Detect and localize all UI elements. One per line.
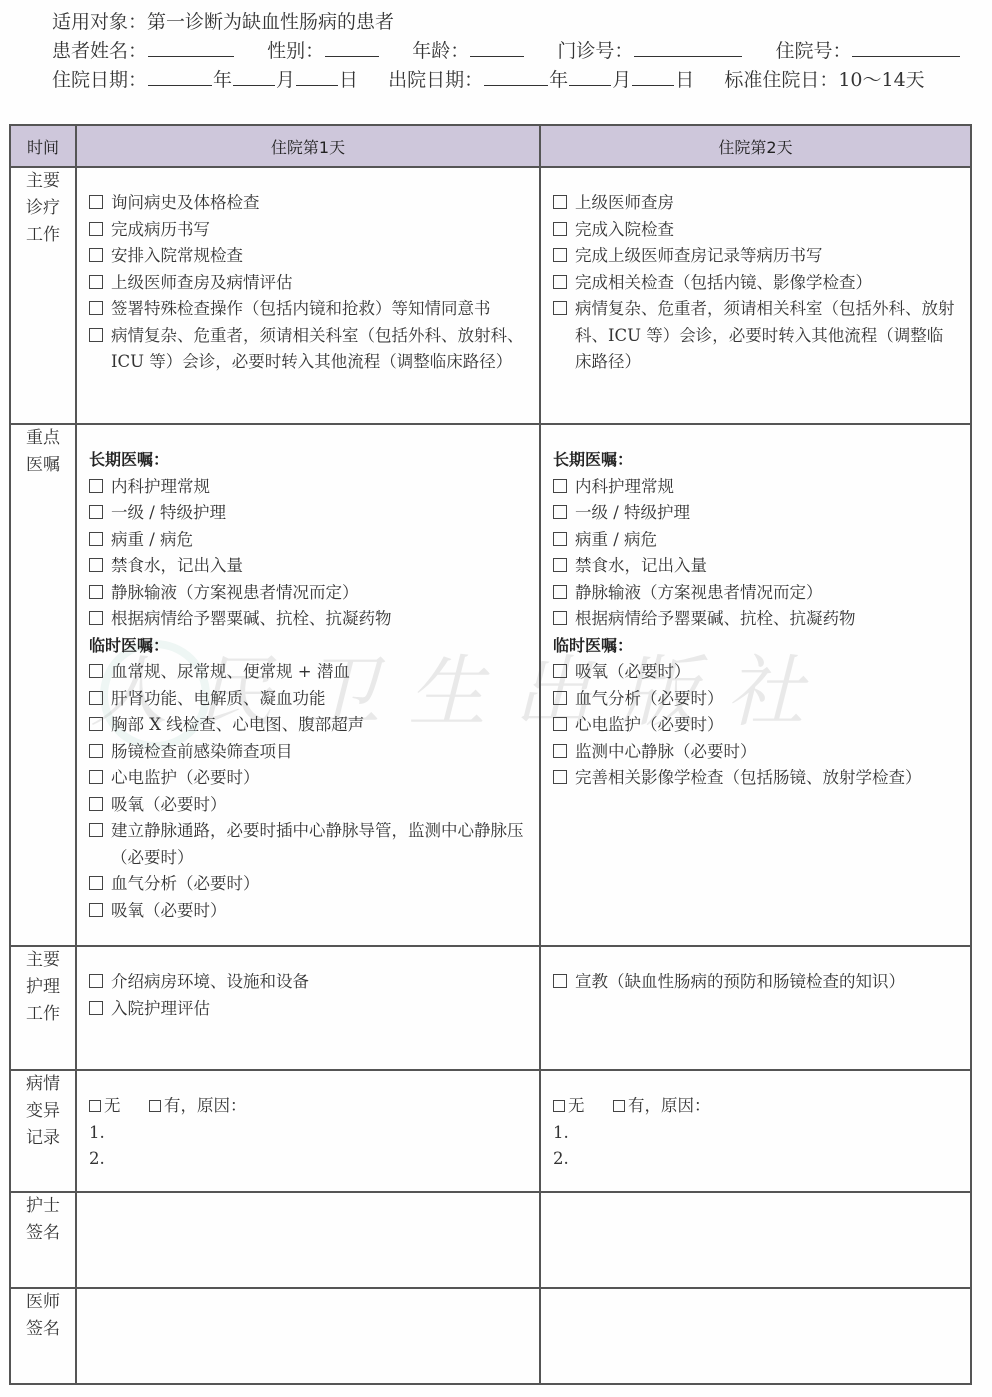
- checkbox-icon[interactable]: [89, 323, 111, 376]
- item-text: 胸部 X 线检查、心电图、腹部超声: [111, 712, 527, 739]
- gender-field[interactable]: [325, 37, 379, 57]
- checkbox-icon[interactable]: [89, 580, 111, 607]
- label-line: 诊疗: [11, 195, 75, 222]
- discharge-date-label: 出院日期：: [388, 69, 483, 91]
- checkbox-icon[interactable]: [89, 527, 111, 554]
- admit-month-field[interactable]: [233, 66, 275, 86]
- orders-day1: 长期医嘱： 内科护理常规 一级 / 特级护理 病重 / 病危 禁食水，记出入量 …: [76, 424, 540, 946]
- checkbox-icon[interactable]: [553, 217, 575, 244]
- header-time: 时间: [10, 125, 76, 167]
- checklist-item[interactable]: 完成病历书写: [89, 217, 527, 244]
- item-text: 肝肾功能、电解质、凝血功能: [111, 686, 527, 713]
- checklist-item[interactable]: 宣教（缺血性肠病的预防和肠镜检查的知识）: [553, 969, 958, 996]
- item-text: 病重 / 病危: [111, 527, 527, 554]
- form-header: 适用对象：第一诊断为缺血性肠病的患者 患者姓名： 性别： 年龄： 门诊号： 住院…: [52, 8, 961, 95]
- patient-info-line: 患者姓名： 性别： 年龄： 门诊号： 住院号：: [52, 37, 961, 66]
- nursing-day1: 介绍病房环境、设施和设备 入院护理评估: [76, 946, 540, 1070]
- row-variance: 病情 变异 记录 无 有，原因： 1. 2. 无 有，原因： 1. 2.: [10, 1070, 971, 1192]
- checkbox-icon[interactable]: [89, 606, 111, 633]
- checkbox-icon[interactable]: [553, 190, 575, 217]
- item-text: 完成相关检查（包括内镜、影像学检查）: [575, 270, 958, 297]
- checkbox-icon[interactable]: [89, 739, 111, 766]
- checkbox-icon[interactable]: [553, 765, 575, 792]
- admit-date-label: 住院日期：: [52, 69, 147, 91]
- checkbox-icon[interactable]: [553, 500, 575, 527]
- checklist-item[interactable]: 根据病情给予罂粟碱、抗栓、抗凝药物: [553, 606, 958, 633]
- checkbox-icon[interactable]: [89, 686, 111, 713]
- item-text: 宣教（缺血性肠病的预防和肠镜检查的知识）: [575, 969, 958, 996]
- row-label-doctor-sign: 医师 签名: [10, 1288, 76, 1384]
- checklist-item[interactable]: 血气分析（必要时）: [553, 686, 958, 713]
- nurse-sign-day2[interactable]: [540, 1192, 971, 1288]
- variance-options: 无 有，原因：: [553, 1093, 958, 1120]
- checklist-item[interactable]: 禁食水，记出入量: [89, 553, 527, 580]
- item-text: 完善相关影像学检查（包括肠镜、放射学检查）: [575, 765, 958, 792]
- checkbox-icon[interactable]: [553, 606, 575, 633]
- checklist-item[interactable]: 病重 / 病危: [89, 527, 527, 554]
- checklist-item[interactable]: 病情复杂、危重者，须请相关科室（包括外科、放射科、ICU 等）会诊，必要时转入其…: [553, 296, 958, 376]
- checklist-item[interactable]: 介绍病房环境、设施和设备: [89, 969, 527, 996]
- item-text: 安排入院常规检查: [111, 243, 527, 270]
- checklist-item[interactable]: 一级 / 特级护理: [89, 500, 527, 527]
- item-text: 根据病情给予罂粟碱、抗栓、抗凝药物: [575, 606, 958, 633]
- checkbox-none[interactable]: [89, 1100, 101, 1112]
- discharge-year-field[interactable]: [484, 66, 548, 86]
- option-none-label: 无: [568, 1096, 585, 1115]
- discharge-day-field[interactable]: [632, 66, 674, 86]
- item-text: 入院护理评估: [111, 996, 527, 1023]
- checklist-item[interactable]: 监测中心静脉（必要时）: [553, 739, 958, 766]
- header-day2: 住院第2天: [540, 125, 971, 167]
- nursing-day2: 宣教（缺血性肠病的预防和肠镜检查的知识）: [540, 946, 971, 1070]
- checklist-item[interactable]: 肝肾功能、电解质、凝血功能: [89, 686, 527, 713]
- applicable-label: 适用对象：: [52, 11, 147, 33]
- checkbox-icon[interactable]: [553, 686, 575, 713]
- checklist-item[interactable]: 胸部 X 线检查、心电图、腹部超声: [89, 712, 527, 739]
- checklist-item[interactable]: 肠镜检查前感染筛查项目: [89, 739, 527, 766]
- applicable-value: 第一诊断为缺血性肠病的患者: [147, 11, 394, 33]
- admit-year-field[interactable]: [148, 66, 212, 86]
- age-field[interactable]: [470, 37, 524, 57]
- option-has-label: 有，原因：: [628, 1096, 711, 1115]
- discharge-month-field[interactable]: [569, 66, 611, 86]
- variance-line-1[interactable]: 1.: [553, 1120, 958, 1147]
- checkbox-none[interactable]: [553, 1100, 565, 1112]
- checkbox-icon[interactable]: [553, 270, 575, 297]
- checkbox-icon[interactable]: [553, 553, 575, 580]
- checkbox-icon[interactable]: [89, 217, 111, 244]
- item-text: 病情复杂、危重者，须请相关科室（包括外科、放射科、ICU 等）会诊，必要时转入其…: [575, 296, 958, 376]
- checkbox-icon[interactable]: [553, 712, 575, 739]
- long-term-orders-heading: 长期医嘱：: [89, 447, 527, 474]
- main-work-day2: 上级医师查房 完成入院检查 完成上级医师查房记录等病历书写 完成相关检查（包括内…: [540, 167, 971, 424]
- patient-name-label: 患者姓名：: [52, 40, 147, 62]
- label-line: 护理: [11, 974, 75, 1001]
- checkbox-has[interactable]: [613, 1100, 625, 1112]
- outpatient-no-label: 门诊号：: [557, 40, 633, 62]
- checkbox-icon[interactable]: [553, 474, 575, 501]
- label-line: 医嘱: [11, 452, 75, 479]
- checkbox-has[interactable]: [149, 1100, 161, 1112]
- gender-label: 性别：: [267, 40, 324, 62]
- label-line: 工作: [11, 1001, 75, 1028]
- row-nursing: 主要 护理 工作 介绍病房环境、设施和设备 入院护理评估 宣教（缺血性肠病的预防…: [10, 946, 971, 1070]
- checklist-item[interactable]: 血气分析（必要时）: [89, 871, 527, 898]
- variance-day1: 无 有，原因： 1. 2.: [76, 1070, 540, 1192]
- checkbox-icon[interactable]: [89, 270, 111, 297]
- checkbox-icon[interactable]: [553, 527, 575, 554]
- orders-day2: 长期医嘱： 内科护理常规 一级 / 特级护理 病重 / 病危 禁食水，记出入量 …: [540, 424, 971, 946]
- item-text: 监测中心静脉（必要时）: [575, 739, 958, 766]
- checklist-item[interactable]: 安排入院常规检查: [89, 243, 527, 270]
- checklist-item[interactable]: 病重 / 病危: [553, 527, 958, 554]
- checkbox-icon[interactable]: [89, 500, 111, 527]
- patient-name-field[interactable]: [148, 37, 234, 57]
- row-label-nurse-sign: 护士 签名: [10, 1192, 76, 1288]
- variance-options: 无 有，原因：: [89, 1093, 527, 1120]
- inpatient-no-field[interactable]: [852, 37, 960, 57]
- checkbox-icon[interactable]: [89, 818, 111, 871]
- year-label: 年: [213, 69, 232, 91]
- checklist-item[interactable]: 一级 / 特级护理: [553, 500, 958, 527]
- temporary-orders-heading: 临时医嘱：: [89, 633, 527, 660]
- checklist-item[interactable]: 血常规、尿常规、便常规 + 潜血: [89, 659, 527, 686]
- label-line: 签名: [11, 1316, 75, 1343]
- age-label: 年龄：: [412, 40, 469, 62]
- standard-stay-label: 标准住院日：: [724, 69, 838, 91]
- row-orders: 重点 医嘱 长期医嘱： 内科护理常规 一级 / 特级护理 病重 / 病危 禁食水…: [10, 424, 971, 946]
- item-text: 禁食水，记出入量: [575, 553, 958, 580]
- checklist-item[interactable]: 心电监护（必要时）: [553, 712, 958, 739]
- checkbox-icon[interactable]: [553, 659, 575, 686]
- checklist-item[interactable]: 根据病情给予罂粟碱、抗栓、抗凝药物: [89, 606, 527, 633]
- checklist-item[interactable]: 吸氧（必要时）: [89, 792, 527, 819]
- label-line: 记录: [11, 1125, 75, 1152]
- nurse-sign-day1[interactable]: [76, 1192, 540, 1288]
- item-text: 内科护理常规: [575, 474, 958, 501]
- item-text: 血气分析（必要时）: [111, 871, 527, 898]
- item-text: 完成病历书写: [111, 217, 527, 244]
- item-text: 吸氧（必要时）: [575, 659, 958, 686]
- item-text: 病重 / 病危: [575, 527, 958, 554]
- checkbox-icon[interactable]: [89, 553, 111, 580]
- checklist-item[interactable]: 建立静脉通路，必要时插中心静脉导管，监测中心静脉压（必要时）: [89, 818, 527, 871]
- checkbox-icon[interactable]: [89, 190, 111, 217]
- item-text: 肠镜检查前感染筛查项目: [111, 739, 527, 766]
- checklist-item[interactable]: 入院护理评估: [89, 996, 527, 1023]
- day-label: 日: [339, 69, 358, 91]
- item-text: 静脉输液（方案视患者情况而定）: [111, 580, 527, 607]
- checklist-item[interactable]: 上级医师查房及病情评估: [89, 270, 527, 297]
- checkbox-icon[interactable]: [553, 739, 575, 766]
- checklist-item[interactable]: 禁食水，记出入量: [553, 553, 958, 580]
- option-has-label: 有，原因：: [164, 1096, 247, 1115]
- doctor-sign-day1[interactable]: [76, 1288, 540, 1384]
- year-label: 年: [549, 69, 568, 91]
- label-line: 变异: [11, 1098, 75, 1125]
- variance-line-1[interactable]: 1.: [89, 1120, 527, 1147]
- outpatient-no-field[interactable]: [634, 37, 742, 57]
- item-text: 建立静脉通路，必要时插中心静脉导管，监测中心静脉压（必要时）: [111, 818, 527, 871]
- item-text: 内科护理常规: [111, 474, 527, 501]
- item-text: 禁食水，记出入量: [111, 553, 527, 580]
- item-text: 完成上级医师查房记录等病历书写: [575, 243, 958, 270]
- row-main-work: 主要 诊疗 工作 询问病史及体格检查 完成病历书写 安排入院常规检查 上级医师查…: [10, 167, 971, 424]
- dates-line: 住院日期：年月日 出院日期：年月日 标准住院日：10～14天: [52, 66, 961, 95]
- item-text: 血常规、尿常规、便常规 + 潜血: [111, 659, 527, 686]
- checklist-item[interactable]: 静脉输液（方案视患者情况而定）: [553, 580, 958, 607]
- applicable-line: 适用对象：第一诊断为缺血性肠病的患者: [52, 8, 961, 37]
- checklist-item[interactable]: 上级医师查房: [553, 190, 958, 217]
- header-day1: 住院第1天: [76, 125, 540, 167]
- checkbox-icon[interactable]: [89, 969, 111, 996]
- checkbox-icon[interactable]: [553, 296, 575, 376]
- item-text: 静脉输液（方案视患者情况而定）: [575, 580, 958, 607]
- row-doctor-sign: 医师 签名: [10, 1288, 971, 1384]
- label-line: 工作: [11, 222, 75, 249]
- header-row: 时间 住院第1天 住院第2天: [10, 125, 971, 167]
- item-text: 介绍病房环境、设施和设备: [111, 969, 527, 996]
- temporary-orders-heading: 临时医嘱：: [553, 633, 958, 660]
- item-text: 心电监护（必要时）: [111, 765, 527, 792]
- item-text: 吸氧（必要时）: [111, 792, 527, 819]
- item-text: 签署特殊检查操作（包括内镜和抢救）等知情同意书: [111, 296, 527, 323]
- clinical-pathway-table: 时间 住院第1天 住院第2天 主要 诊疗 工作 询问病史及体格检查 完成病历书写…: [9, 124, 972, 1385]
- label-line: 主要: [11, 947, 75, 974]
- month-label: 月: [612, 69, 631, 91]
- checkbox-icon[interactable]: [553, 580, 575, 607]
- checkbox-icon[interactable]: [553, 969, 575, 996]
- doctor-sign-day2[interactable]: [540, 1288, 971, 1384]
- main-work-day1: 询问病史及体格检查 完成病历书写 安排入院常规检查 上级医师查房及病情评估 签署…: [76, 167, 540, 424]
- row-label-main-work: 主要 诊疗 工作: [10, 167, 76, 424]
- checklist-item[interactable]: 病情复杂、危重者，须请相关科室（包括外科、放射科、ICU 等）会诊，必要时转入其…: [89, 323, 527, 376]
- checkbox-icon[interactable]: [89, 474, 111, 501]
- row-label-variance: 病情 变异 记录: [10, 1070, 76, 1192]
- standard-stay-value: 10～14天: [838, 69, 924, 91]
- row-label-orders: 重点 医嘱: [10, 424, 76, 946]
- long-term-orders-heading: 长期医嘱：: [553, 447, 958, 474]
- checkbox-icon[interactable]: [89, 996, 111, 1023]
- checklist-item[interactable]: 完成上级医师查房记录等病历书写: [553, 243, 958, 270]
- item-text: 一级 / 特级护理: [111, 500, 527, 527]
- checkbox-icon[interactable]: [553, 243, 575, 270]
- item-text: 一级 / 特级护理: [575, 500, 958, 527]
- item-text: 询问病史及体格检查: [111, 190, 527, 217]
- checkbox-icon[interactable]: [89, 659, 111, 686]
- checkbox-icon[interactable]: [89, 765, 111, 792]
- item-text: 吸氧（必要时）: [111, 898, 527, 925]
- label-line: 护士: [11, 1193, 75, 1220]
- item-text: 病情复杂、危重者，须请相关科室（包括外科、放射科、ICU 等）会诊，必要时转入其…: [111, 323, 527, 376]
- day-label: 日: [675, 69, 694, 91]
- item-text: 完成入院检查: [575, 217, 958, 244]
- month-label: 月: [276, 69, 295, 91]
- checklist-item[interactable]: 吸氧（必要时）: [89, 898, 527, 925]
- row-label-nursing: 主要 护理 工作: [10, 946, 76, 1070]
- checklist-item[interactable]: 静脉输液（方案视患者情况而定）: [89, 580, 527, 607]
- inpatient-no-label: 住院号：: [775, 40, 851, 62]
- label-line: 重点: [11, 425, 75, 452]
- checklist-item[interactable]: 完成入院检查: [553, 217, 958, 244]
- label-line: 医师: [11, 1289, 75, 1316]
- label-line: 主要: [11, 168, 75, 195]
- checklist-item[interactable]: 吸氧（必要时）: [553, 659, 958, 686]
- item-text: 根据病情给予罂粟碱、抗栓、抗凝药物: [111, 606, 527, 633]
- checklist-item[interactable]: 签署特殊检查操作（包括内镜和抢救）等知情同意书: [89, 296, 527, 323]
- label-line: 病情: [11, 1071, 75, 1098]
- checkbox-icon[interactable]: [89, 871, 111, 898]
- option-none-label: 无: [104, 1096, 121, 1115]
- checklist-item[interactable]: 询问病史及体格检查: [89, 190, 527, 217]
- label-line: 签名: [11, 1220, 75, 1247]
- checkbox-icon[interactable]: [89, 792, 111, 819]
- variance-day2: 无 有，原因： 1. 2.: [540, 1070, 971, 1192]
- variance-line-2[interactable]: 2.: [89, 1146, 527, 1173]
- admit-day-field[interactable]: [296, 66, 338, 86]
- checkbox-icon[interactable]: [89, 243, 111, 270]
- checklist-item[interactable]: 心电监护（必要时）: [89, 765, 527, 792]
- variance-line-2[interactable]: 2.: [553, 1146, 958, 1173]
- item-text: 上级医师查房及病情评估: [111, 270, 527, 297]
- checklist-item[interactable]: 内科护理常规: [89, 474, 527, 501]
- row-nurse-sign: 护士 签名: [10, 1192, 971, 1288]
- checkbox-icon[interactable]: [89, 898, 111, 925]
- checklist-item[interactable]: 完善相关影像学检查（包括肠镜、放射学检查）: [553, 765, 958, 792]
- checkbox-icon[interactable]: [89, 296, 111, 323]
- checklist-item[interactable]: 完成相关检查（包括内镜、影像学检查）: [553, 270, 958, 297]
- item-text: 血气分析（必要时）: [575, 686, 958, 713]
- item-text: 上级医师查房: [575, 190, 958, 217]
- item-text: 心电监护（必要时）: [575, 712, 958, 739]
- checklist-item[interactable]: 内科护理常规: [553, 474, 958, 501]
- checkbox-icon[interactable]: [89, 712, 111, 739]
